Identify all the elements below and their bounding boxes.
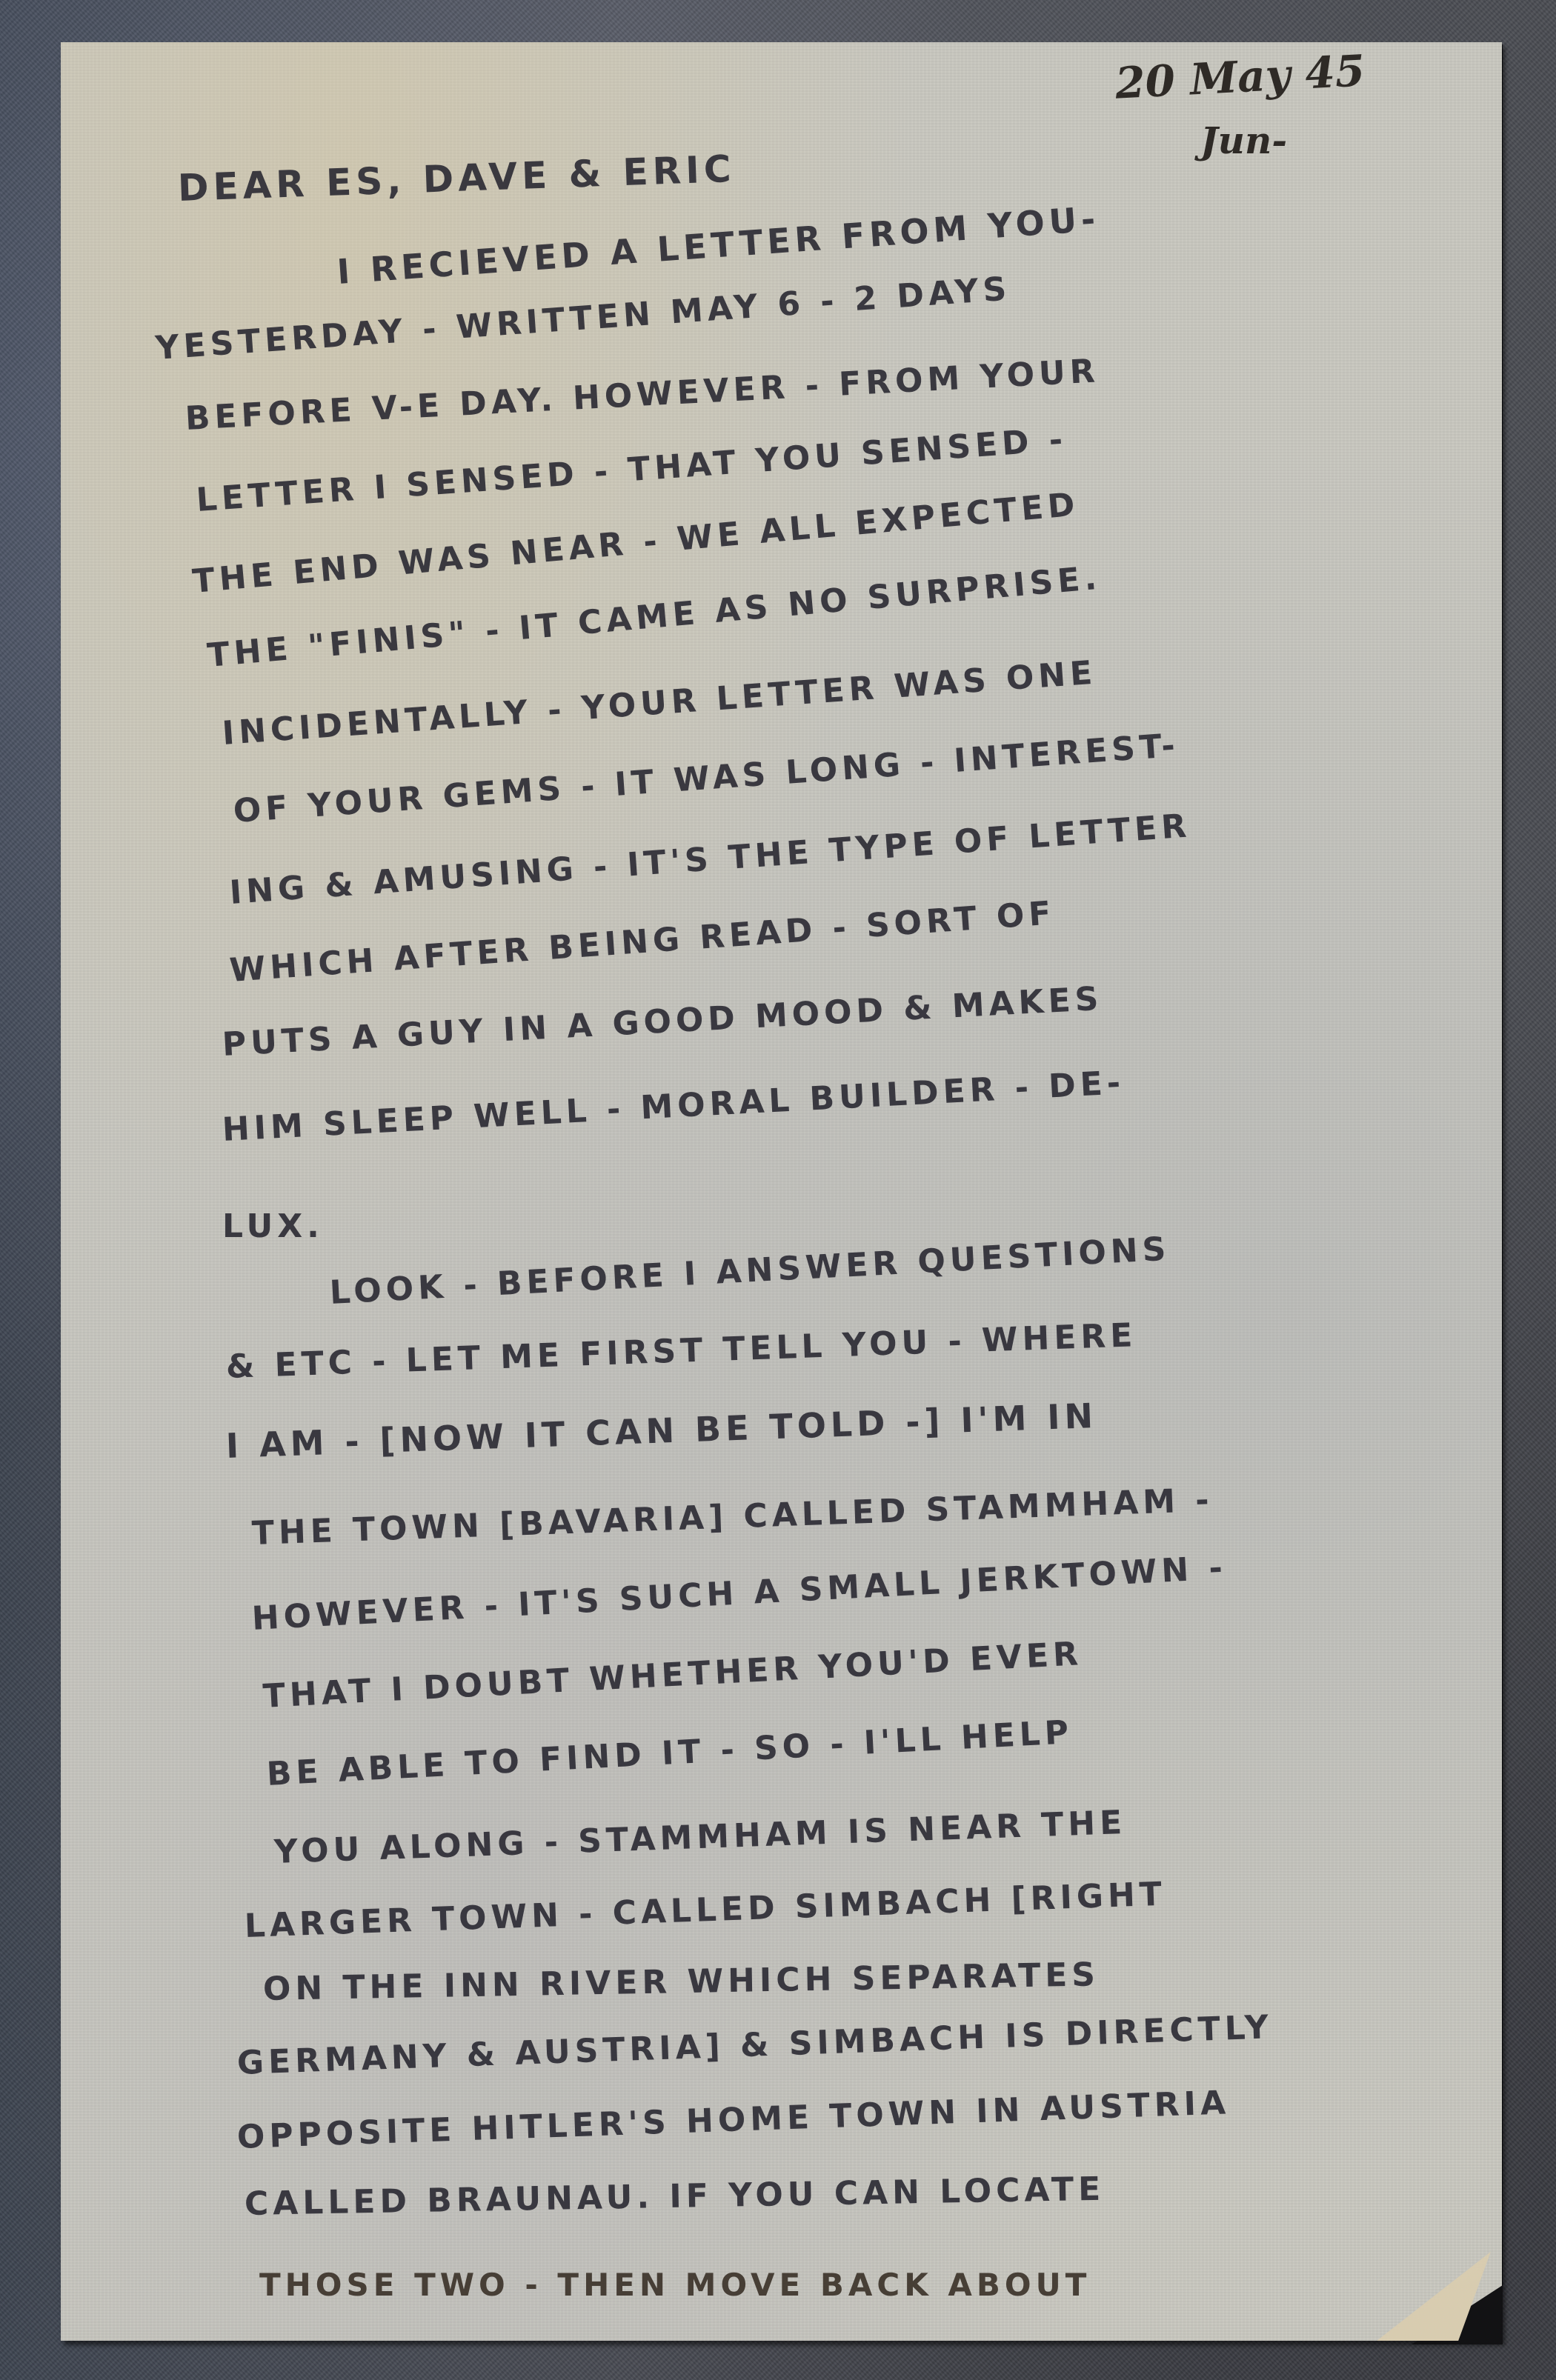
letter-line: those two - then move back about bbox=[259, 2267, 1091, 2303]
letter-header-initial: Jun- bbox=[1200, 119, 1287, 162]
letter-line: lux. bbox=[222, 1207, 324, 1245]
